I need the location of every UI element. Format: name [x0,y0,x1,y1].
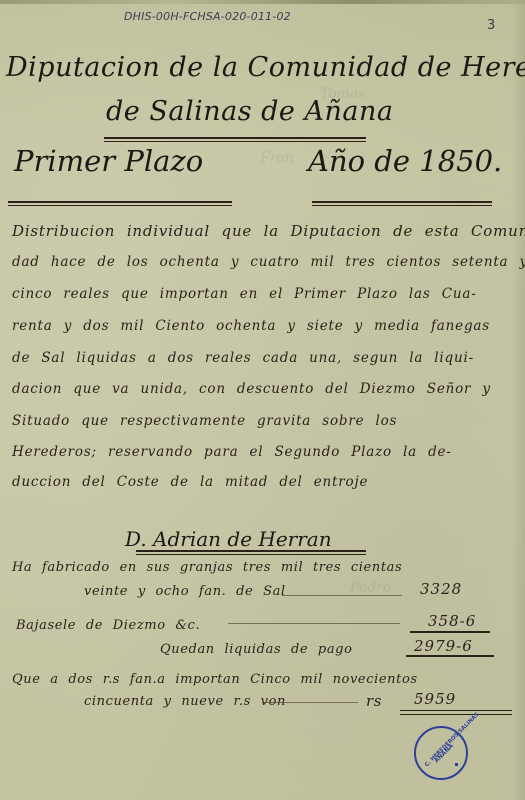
header-line-2: de Salinas de Añana [106,96,393,127]
bleed-through-text: Pedro [350,580,391,596]
account-row-text: Bajasele de Diezmo &c. [16,618,200,633]
archive-reference-id: DHIS-00H-FCHSA-020-011-02 [124,10,291,23]
body-line: de Sal liquidas a dos reales cada una, s… [12,350,474,366]
subtotal-rule [410,631,490,633]
body-line: duccion del Coste de la mitad del entroj… [12,474,368,490]
body-line: Herederos; reservando para el Segundo Pl… [12,444,452,460]
subheader-right-underline [312,201,492,206]
body-line: cinco reales que importan en el Primer P… [12,286,477,302]
leader-line [262,702,358,703]
body-line: Distribucion individual que la Diputacio… [12,222,525,240]
header-underline [104,137,366,142]
currency-prefix: rs [366,692,382,710]
final-rule [400,714,512,715]
archive-stamp: C. HEREDEROS SALINAS AÑANA [414,726,468,780]
header-line-1: Diputacion de la Comunidad de Herederos [6,52,525,83]
leader-line [282,595,402,596]
account-name-underline [136,550,366,555]
account-row-amount: 2979-6 [414,637,473,655]
stamp-dot-icon [455,763,458,766]
folio-number: 3 [487,18,495,33]
final-rule [400,710,512,711]
account-holder-name: D. Adrian de Herran [125,527,332,551]
document-page: Tomas Fran Pedro DHIS-00H-FCHSA-020-011-… [0,0,525,800]
paper-right-edge [511,0,525,800]
subheader-left-underline [8,201,232,206]
account-row-amount: 3328 [420,580,462,598]
subheader-left: Primer Plazo [14,144,203,178]
account-row-text: veinte y ocho fan. de Sal [84,584,286,599]
account-row-amount: 358-6 [428,612,476,630]
account-row-text: cincuenta y nueve r.s von [84,694,286,709]
subheader-right: Año de 1850. [308,144,502,178]
body-line: renta y dos mil Ciento ochenta y siete y… [12,318,490,334]
account-row-text: Quedan liquidas de pago [160,642,353,657]
paper-top-edge [0,0,525,4]
body-line: Situado que respectivamente gravita sobr… [12,413,397,429]
total-rule [406,655,494,657]
account-row-amount: 5959 [414,690,456,708]
account-row-text: Ha fabricado en sus granjas tres mil tre… [12,560,402,575]
body-line: dacion que va unida, con descuento del D… [12,381,491,397]
account-row-text: Que a dos r.s fan.a importan Cinco mil n… [12,672,418,687]
leader-line [228,623,400,624]
bleed-through-text: Fran [260,150,294,166]
body-line: dad hace de los ochenta y cuatro mil tre… [12,254,525,270]
